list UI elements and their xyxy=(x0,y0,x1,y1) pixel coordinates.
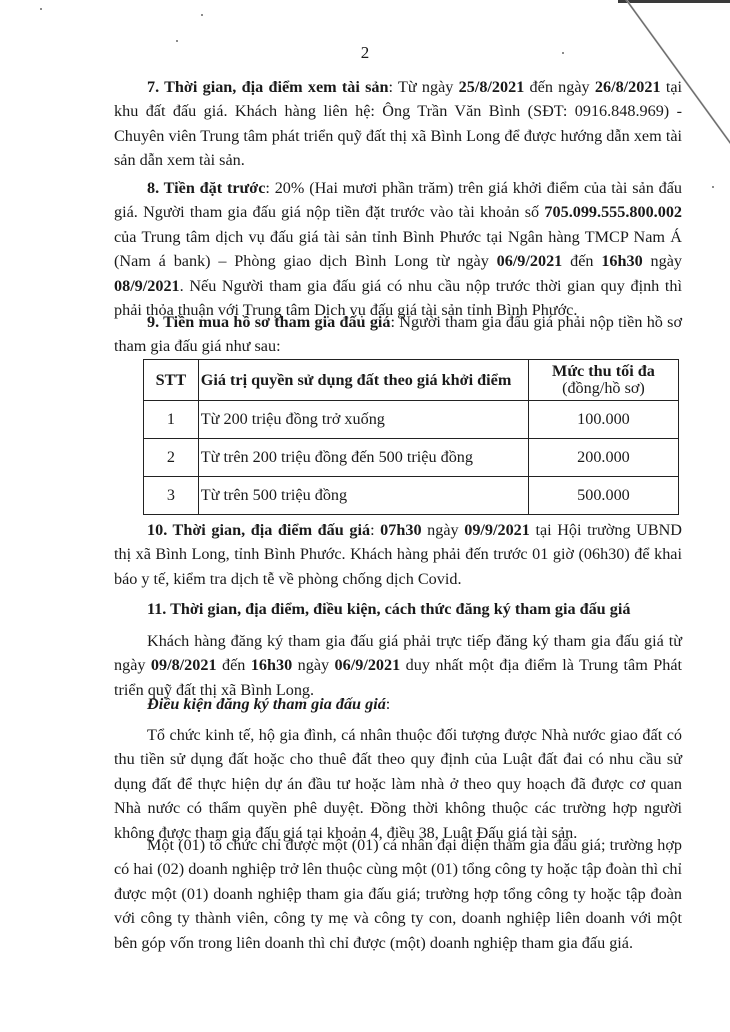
table-row: 1 Từ 200 triệu đồng trở xuống 100.000 xyxy=(144,401,679,439)
section-8: 8. Tiền đặt trước: 20% (Hai mươi phần tr… xyxy=(114,176,682,322)
account-number: 705.099.555.800.002 xyxy=(544,203,682,221)
scan-speck xyxy=(201,14,203,16)
table-row: 3 Từ trên 500 triệu đồng 500.000 xyxy=(144,477,679,515)
section-9: 9. Tiền mua hồ sơ tham gia đấu giá: Ngườ… xyxy=(114,310,682,359)
table-header-row: STT Giá trị quyền sử dụng đất theo giá k… xyxy=(144,360,679,401)
section-8-label: 8. Tiền đặt trước xyxy=(147,179,265,197)
scan-speck xyxy=(712,186,714,188)
table-row: 2 Từ trên 200 triệu đồng đến 500 triệu đ… xyxy=(144,439,679,477)
header-value: Giá trị quyền sử dụng đất theo giá khởi … xyxy=(198,360,528,401)
header-stt: STT xyxy=(144,360,199,401)
conditions-heading: Điều kiện đăng ký tham gia đấu giá: xyxy=(147,692,390,716)
section-11-heading: 11. Thời gian, địa điểm, điều kiện, cách… xyxy=(147,597,630,621)
fee-table: STT Giá trị quyền sử dụng đất theo giá k… xyxy=(143,359,679,515)
section-10: 10. Thời gian, địa điểm đấu giá: 07h30 n… xyxy=(114,518,682,591)
scan-fold-edge xyxy=(618,0,730,3)
scan-speck xyxy=(40,8,42,10)
header-fee: Mức thu tối đa(đồng/hồ sơ) xyxy=(528,360,678,401)
conditions-paragraph-1: Tổ chức kinh tế, hộ gia đình, cá nhân th… xyxy=(114,723,682,845)
page-number: 2 xyxy=(0,41,730,65)
section-7: 7. Thời gian, địa điểm xem tài sản: Từ n… xyxy=(114,75,682,173)
conditions-paragraph-2: Một (01) tổ chức chỉ được một (01) cá nh… xyxy=(114,833,682,955)
section-10-label: 10. Thời gian, địa điểm đấu giá xyxy=(147,521,370,539)
section-9-label: 9. Tiền mua hồ sơ tham gia đấu giá xyxy=(147,313,391,331)
section-7-label: 7. Thời gian, địa điểm xem tài sản xyxy=(147,78,389,96)
